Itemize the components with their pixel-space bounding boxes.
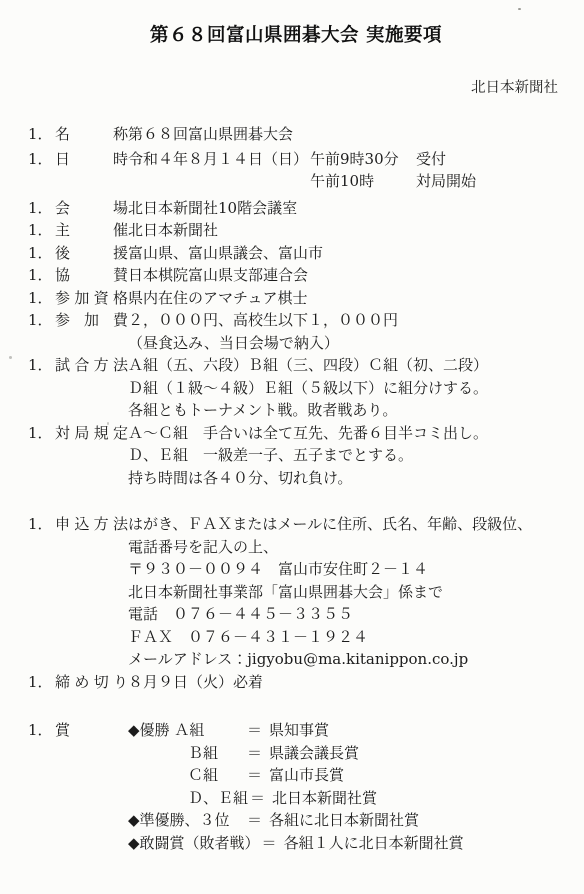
equals-sign: ＝ [245, 742, 269, 765]
content-line: 電話番号を記入の上、 [128, 536, 564, 559]
item-content: 北日本新聞社 [128, 219, 564, 242]
item-number: 1． [28, 197, 55, 220]
item-label: 名称 [55, 123, 128, 146]
item-label: 締め切り [55, 671, 128, 694]
prize-name: 県議会議長賞 [269, 742, 359, 765]
item-label: 参加費 [55, 309, 128, 332]
prize-category: ◆準優勝、３位 [128, 809, 245, 832]
item-number: 1． [28, 513, 55, 536]
prize-row: ◆準優勝、３位＝各組に北日本新聞社賞 [128, 809, 564, 832]
content-line: 県内在住のアマチュア棋士 [128, 287, 564, 310]
content-line: 第６８回富山県囲碁大会 [128, 123, 564, 146]
item-label: 協賛 [55, 264, 128, 287]
content-line: 北日本新聞社10階会議室 [128, 197, 564, 220]
item-prizes: 1．賞◆優勝 Ａ組＝県知事賞 Ｂ組＝県議会議長賞 Ｃ組＝富山市長賞 Ｄ、Ｅ組＝北… [28, 719, 564, 854]
prize-name: 各組に北日本新聞社賞 [269, 809, 419, 832]
scan-artifact [518, 8, 521, 10]
item-label: 会場 [55, 197, 128, 220]
prize-row: Ｄ、Ｅ組＝北日本新聞社賞 [128, 787, 564, 810]
content-line: 電話 ０７６－４４５－３３５５ [128, 603, 564, 626]
prize-category: ◆優勝 Ａ組 [128, 719, 245, 742]
document-title: 第６８回富山県囲碁大会 実施要項 [28, 23, 564, 49]
scan-artifact [107, 422, 109, 425]
equals-sign: ＝ [245, 719, 269, 742]
item-application: 1．申込方法はがき、ＦＡＸまたはメールに住所、氏名、年齢、段級位、電話番号を記入… [28, 513, 564, 671]
item-datetime: 1．日時令和４年８月１４日（日）午前9時30分受付午前10時対局開始 [28, 148, 564, 193]
item-content: ２，０００円、高校生以下１，０００円（昼食込み、当日会場で納入） [128, 309, 564, 354]
equals-sign: ＝ [245, 809, 269, 832]
equals-sign: ＝ [245, 764, 269, 787]
date-part: 令和４年８月１４日（日） [128, 148, 310, 171]
item-label: 参加資格 [55, 287, 128, 310]
time-part: 午前10時 [310, 170, 416, 193]
publisher: 北日本新聞社 [28, 77, 564, 99]
item-label: 後援 [55, 242, 128, 265]
content-line: 北日本新聞社 [128, 219, 564, 242]
item-content: 北日本新聞社10階会議室 [128, 197, 564, 220]
content-line: 令和４年８月１４日（日）午前9時30分受付 [128, 148, 564, 171]
item-host: 1．主催北日本新聞社 [28, 219, 564, 242]
note-part: 受付 [416, 148, 564, 171]
item-content: Ａ～Ｃ組 手合いは全て互先、先番６目半コミ出し。Ｄ、Ｅ組 一級差一子、五子までと… [128, 422, 564, 490]
content-line: 富山県、富山県議会、富山市 [128, 242, 564, 265]
prize-name: 富山市長賞 [269, 764, 344, 787]
item-content: ８月９日（火）必着 [128, 671, 564, 694]
prize-name: 各組１人に北日本新聞社賞 [284, 832, 464, 855]
content-line: Ａ～Ｃ組 手合いは全て互先、先番６目半コミ出し。 [128, 422, 564, 445]
item-eligibility: 1．参加資格県内在住のアマチュア棋士 [28, 287, 564, 310]
item-number: 1． [28, 354, 55, 377]
document-page: 第６８回富山県囲碁大会 実施要項 北日本新聞社 1．名称第６８回富山県囲碁大会1… [0, 0, 584, 894]
item-rules: 1．対局規定Ａ～Ｃ組 手合いは全て互先、先番６目半コミ出し。Ｄ、Ｅ組 一級差一子… [28, 422, 564, 490]
item-sponsor: 1．協賛日本棋院富山県支部連合会 [28, 264, 564, 287]
items: 1．名称第６８回富山県囲碁大会1．日時令和４年８月１４日（日）午前9時30分受付… [28, 123, 564, 854]
item-label: 試合方法 [55, 354, 128, 377]
prize-row: Ｂ組＝県議会議長賞 [128, 742, 564, 765]
item-content: 富山県、富山県議会、富山市 [128, 242, 564, 265]
prize-row: Ｃ組＝富山市長賞 [128, 764, 564, 787]
item-number: 1． [28, 671, 55, 694]
content-line: 日本棋院富山県支部連合会 [128, 264, 564, 287]
item-number: 1． [28, 242, 55, 265]
prize-category: Ｃ組 [128, 764, 245, 787]
content-line: 午前10時対局開始 [128, 170, 564, 193]
content-line: メールアドレス：jigyobu@ma.kitanippon.co.jp [128, 648, 564, 671]
prize-name: 北日本新聞社賞 [272, 787, 377, 810]
item-content: 第６８回富山県囲碁大会 [128, 123, 564, 146]
content-line: Ｄ組（１級～４級）Ｅ組（５級以下）に組分けする。 [128, 377, 564, 400]
content-line: ＦＡＸ ０７６－４３１－１９２４ [128, 626, 564, 649]
item-label: 日時 [55, 148, 128, 171]
item-format: 1．試合方法Ａ組（五、六段）Ｂ組（三、四段）Ｃ組（初、二段）Ｄ組（１級～４級）Ｅ… [28, 354, 564, 422]
item-content: 日本棋院富山県支部連合会 [128, 264, 564, 287]
prize-category: Ｂ組 [128, 742, 245, 765]
item-deadline: 1．締め切り８月９日（火）必着 [28, 671, 564, 694]
item-venue: 1．会場北日本新聞社10階会議室 [28, 197, 564, 220]
item-label: 申込方法 [55, 513, 128, 536]
content-line: Ａ組（五、六段）Ｂ組（三、四段）Ｃ組（初、二段） [128, 354, 564, 377]
item-content: Ａ組（五、六段）Ｂ組（三、四段）Ｃ組（初、二段）Ｄ組（１級～４級）Ｅ組（５級以下… [128, 354, 564, 422]
item-number: 1． [28, 422, 55, 445]
prize-row: ◆敢闘賞（敗者戦）＝各組１人に北日本新聞社賞 [128, 832, 564, 855]
content-line: ２，０００円、高校生以下１，０００円 [128, 309, 564, 332]
item-number: 1． [28, 123, 55, 146]
prize-row: ◆優勝 Ａ組＝県知事賞 [128, 719, 564, 742]
note-part: 対局開始 [416, 170, 564, 193]
item-content: 県内在住のアマチュア棋士 [128, 287, 564, 310]
item-number: 1． [28, 264, 55, 287]
content-line: （昼食込み、当日会場で納入） [128, 332, 564, 355]
item-content: ◆優勝 Ａ組＝県知事賞 Ｂ組＝県議会議長賞 Ｃ組＝富山市長賞 Ｄ、Ｅ組＝北日本新… [128, 719, 564, 854]
equals-sign: ＝ [248, 787, 272, 810]
scan-artifact [9, 356, 12, 359]
item-content: 令和４年８月１４日（日）午前9時30分受付午前10時対局開始 [128, 148, 564, 193]
item-number: 1． [28, 309, 55, 332]
prize-category: Ｄ、Ｅ組 [128, 787, 248, 810]
time-part: 午前9時30分 [310, 148, 416, 171]
item-support: 1．後援富山県、富山県議会、富山市 [28, 242, 564, 265]
item-number: 1． [28, 719, 55, 742]
item-number: 1． [28, 219, 55, 242]
item-name: 1．名称第６８回富山県囲碁大会 [28, 123, 564, 146]
content-line: Ｄ、Ｅ組 一級差一子、五子までとする。 [128, 444, 564, 467]
prize-name: 県知事賞 [269, 719, 329, 742]
content-line: 北日本新聞社事業部「富山県囲碁大会」係まで [128, 581, 564, 604]
content-line: 〒９３０－００９４ 富山市安住町２－１４ [128, 558, 564, 581]
content-line: はがき、ＦＡＸまたはメールに住所、氏名、年齢、段級位、 [128, 513, 564, 536]
date-part [128, 170, 310, 193]
content-line: ８月９日（火）必着 [128, 671, 564, 694]
content-line: 各組ともトーナメント戦。敗者戦あり。 [128, 399, 564, 422]
item-label: 主催 [55, 219, 128, 242]
equals-sign: ＝ [260, 832, 284, 855]
item-number: 1． [28, 148, 55, 171]
item-content: はがき、ＦＡＸまたはメールに住所、氏名、年齢、段級位、電話番号を記入の上、〒９３… [128, 513, 564, 671]
item-label: 賞 [55, 719, 128, 742]
item-label: 対局規定 [55, 422, 128, 445]
content-line: 持ち時間は各４０分、切れ負け。 [128, 467, 564, 490]
prize-category: ◆敢闘賞（敗者戦） [128, 832, 260, 855]
item-fee: 1．参加費２，０００円、高校生以下１，０００円（昼食込み、当日会場で納入） [28, 309, 564, 354]
item-number: 1． [28, 287, 55, 310]
